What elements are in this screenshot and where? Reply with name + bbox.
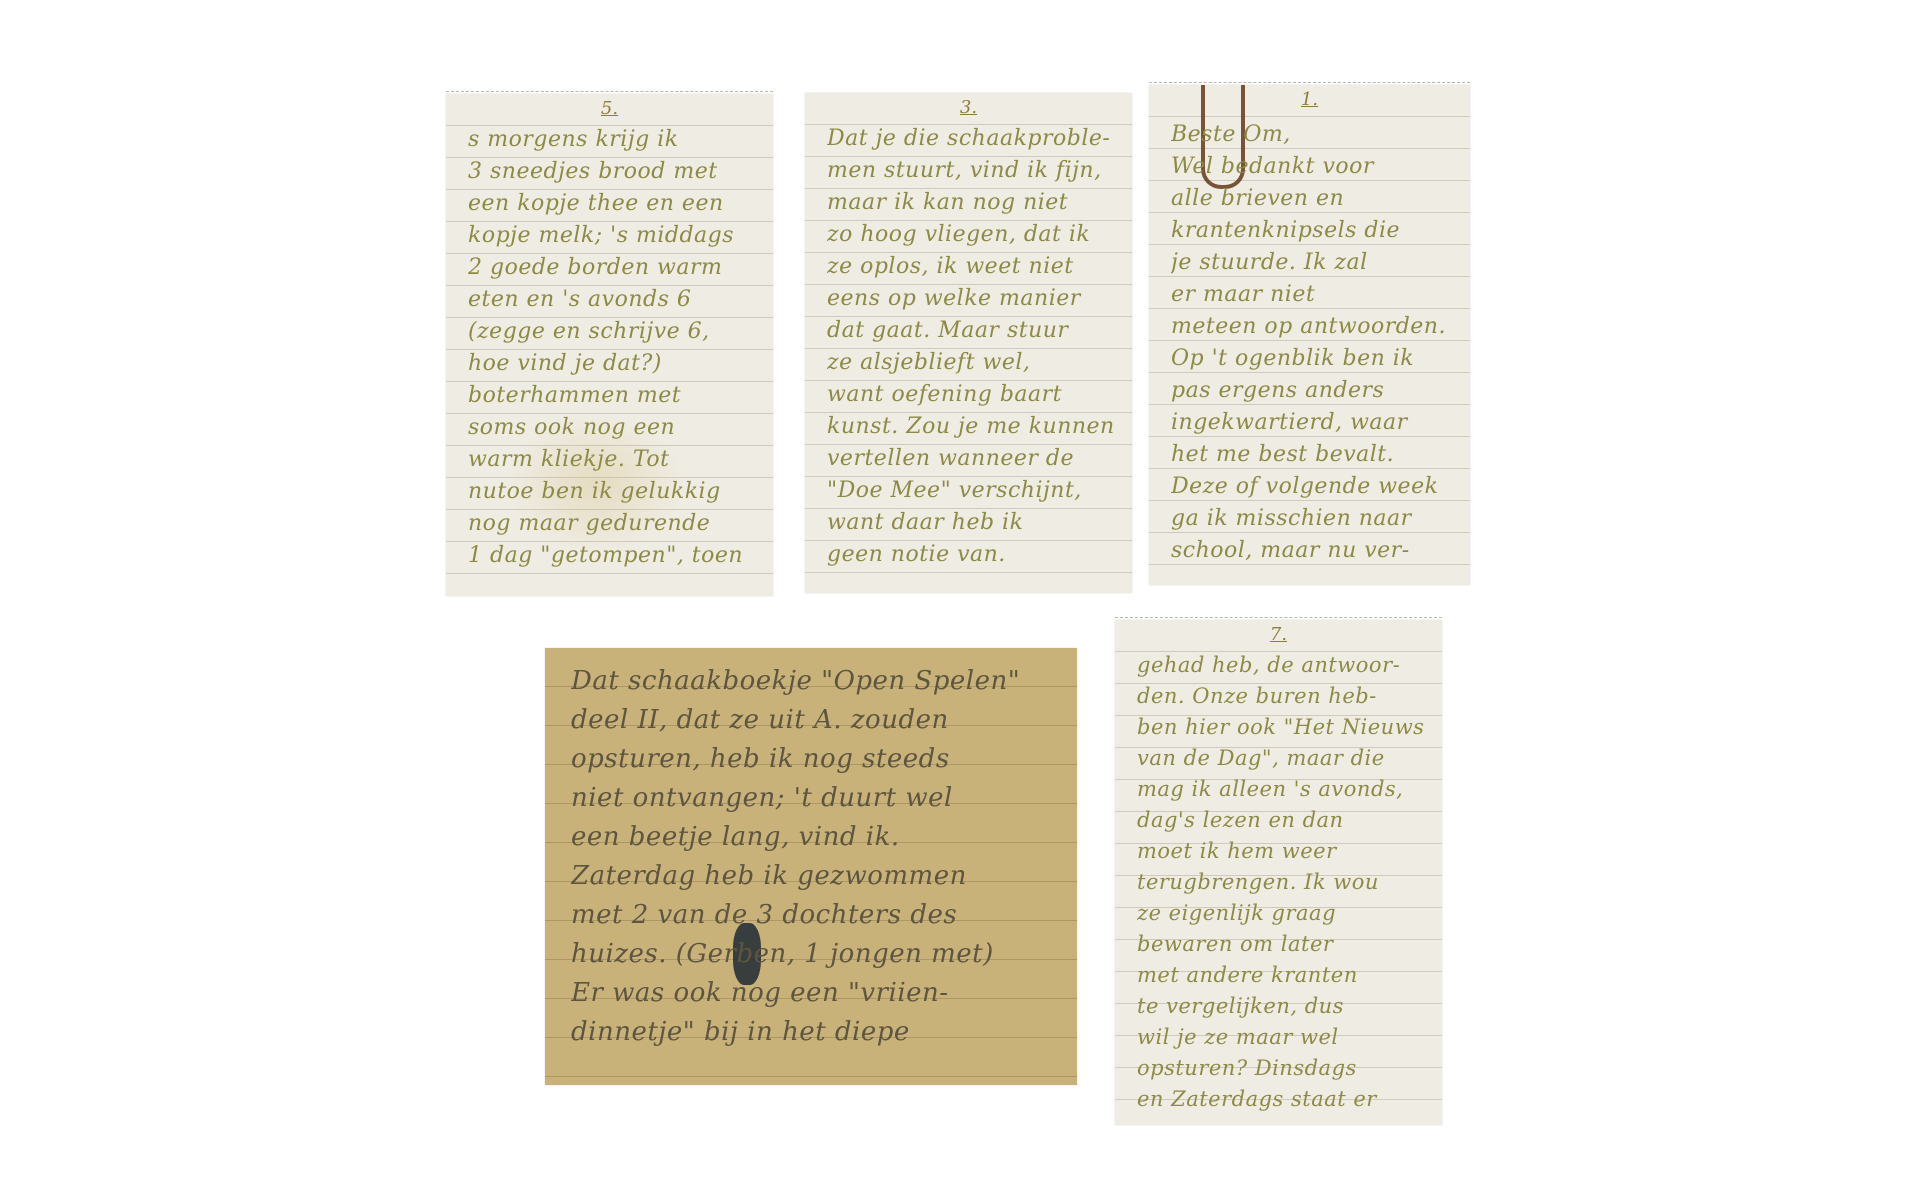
text-line: nutoe ben ik gelukkig bbox=[468, 476, 763, 508]
text-line: je stuurde. Ik zal bbox=[1171, 247, 1460, 279]
text-line: eens op welke manier bbox=[827, 283, 1122, 315]
text-line: ben hier ook "Het Nieuws bbox=[1137, 712, 1432, 743]
text-line: gehad heb, de antwoor- bbox=[1137, 650, 1432, 681]
text-line: eten en 's avonds 6 bbox=[468, 284, 763, 316]
text-line: het me best bevalt. bbox=[1171, 439, 1460, 471]
text-line: den. Onze buren heb- bbox=[1137, 681, 1432, 712]
text-line: kunst. Zou je me kunnen bbox=[827, 411, 1122, 443]
text-line: kopje melk; 's middags bbox=[468, 220, 763, 252]
text-line: Op 't ogenblik ben ik bbox=[1171, 343, 1460, 375]
text-line: bewaren om later bbox=[1137, 929, 1432, 960]
text-line: warm kliekje. Tot bbox=[468, 444, 763, 476]
text-line: niet ontvangen; 't duurt wel bbox=[571, 779, 1067, 818]
text-line: Er was ook nog een "vriien- bbox=[571, 974, 1067, 1013]
letter-page-5: 5. s morgens krijg ik 3 sneedjes brood m… bbox=[446, 94, 773, 596]
text-line: nog maar gedurende bbox=[468, 508, 763, 540]
text-line: 2 goede borden warm bbox=[468, 252, 763, 284]
text-line: geen notie van. bbox=[827, 539, 1122, 571]
letter-page-3: 3. Dat je die schaakproble- men stuurt, … bbox=[805, 93, 1132, 593]
page-number: 3. bbox=[805, 97, 1132, 118]
text-line: Wel bedankt voor bbox=[1171, 151, 1460, 183]
text-line: terugbrengen. Ik wou bbox=[1137, 867, 1432, 898]
text-line: (zegge en schrijve 6, bbox=[468, 316, 763, 348]
page-text: gehad heb, de antwoor- den. Onze buren h… bbox=[1137, 650, 1432, 1115]
text-line: men stuurt, vind ik fijn, bbox=[827, 155, 1122, 187]
page-text: Beste Om, Wel bedankt voor alle brieven … bbox=[1171, 119, 1460, 567]
text-line: en Zaterdags staat er bbox=[1137, 1084, 1432, 1115]
page-number: 5. bbox=[446, 98, 773, 119]
page-number: 1. bbox=[1149, 89, 1470, 110]
text-line: krantenknipsels die bbox=[1171, 215, 1460, 247]
text-line: een beetje lang, vind ik. bbox=[571, 818, 1067, 857]
text-line: mag ik alleen 's avonds, bbox=[1137, 774, 1432, 805]
text-line: van de Dag", maar die bbox=[1137, 743, 1432, 774]
text-line: te vergelijken, dus bbox=[1137, 991, 1432, 1022]
text-line: dag's lezen en dan bbox=[1137, 805, 1432, 836]
text-line: wil je ze maar wel bbox=[1137, 1022, 1432, 1053]
text-line: want oefening baart bbox=[827, 379, 1122, 411]
text-line: Deze of volgende week bbox=[1171, 471, 1460, 503]
text-line: 3 sneedjes brood met bbox=[468, 156, 763, 188]
text-line: vertellen wanneer de bbox=[827, 443, 1122, 475]
text-line: meteen op antwoorden. bbox=[1171, 311, 1460, 343]
text-line: Dat je die schaakproble- bbox=[827, 123, 1122, 155]
text-line: moet ik hem weer bbox=[1137, 836, 1432, 867]
text-line: boterhammen met bbox=[468, 380, 763, 412]
text-line: Beste Om, bbox=[1171, 119, 1460, 151]
text-line: dinnetje" bij in het diepe bbox=[571, 1013, 1067, 1052]
text-line: ze alsjeblieft wel, bbox=[827, 347, 1122, 379]
text-line: zo hoog vliegen, dat ik bbox=[827, 219, 1122, 251]
text-line: want daar heb ik bbox=[827, 507, 1122, 539]
text-line: met andere kranten bbox=[1137, 960, 1432, 991]
letter-page-1: 1. Beste Om, Wel bedankt voor alle briev… bbox=[1149, 85, 1470, 585]
text-line: ze eigenlijk graag bbox=[1137, 898, 1432, 929]
letter-page-2: Dat schaakboekje "Open Spelen" deel II, … bbox=[545, 648, 1077, 1085]
text-line: s morgens krijg ik bbox=[468, 124, 763, 156]
text-line: maar ik kan nog niet bbox=[827, 187, 1122, 219]
text-line: alle brieven en bbox=[1171, 183, 1460, 215]
text-line: soms ook nog een bbox=[468, 412, 763, 444]
text-line: er maar niet bbox=[1171, 279, 1460, 311]
text-line: 1 dag "getompen", toen bbox=[468, 540, 763, 572]
page-number: 7. bbox=[1115, 624, 1442, 645]
page-text: Dat je die schaakproble- men stuurt, vin… bbox=[827, 123, 1122, 571]
text-line: hoe vind je dat?) bbox=[468, 348, 763, 380]
text-line: een kopje thee en een bbox=[468, 188, 763, 220]
text-line: ga ik misschien naar bbox=[1171, 503, 1460, 535]
text-line: opsturen? Dinsdags bbox=[1137, 1053, 1432, 1084]
text-line: opsturen, heb ik nog steeds bbox=[571, 740, 1067, 779]
page-text: Dat schaakboekje "Open Spelen" deel II, … bbox=[571, 662, 1067, 1052]
text-line: ze oplos, ik weet niet bbox=[827, 251, 1122, 283]
text-line: pas ergens anders bbox=[1171, 375, 1460, 407]
text-line: Dat schaakboekje "Open Spelen" bbox=[571, 662, 1067, 701]
text-line: huizes. (Gerben, 1 jongen met) bbox=[571, 935, 1067, 974]
text-line: Zaterdag heb ik gezwommen bbox=[571, 857, 1067, 896]
letter-page-7: 7. gehad heb, de antwoor- den. Onze bure… bbox=[1115, 620, 1442, 1125]
text-line: school, maar nu ver- bbox=[1171, 535, 1460, 567]
text-line: dat gaat. Maar stuur bbox=[827, 315, 1122, 347]
text-line: "Doe Mee" verschijnt, bbox=[827, 475, 1122, 507]
text-line: met 2 van de 3 dochters des bbox=[571, 896, 1067, 935]
text-line: deel II, dat ze uit A. zouden bbox=[571, 701, 1067, 740]
text-line: ingekwartierd, waar bbox=[1171, 407, 1460, 439]
page-text: s morgens krijg ik 3 sneedjes brood met … bbox=[468, 124, 763, 572]
